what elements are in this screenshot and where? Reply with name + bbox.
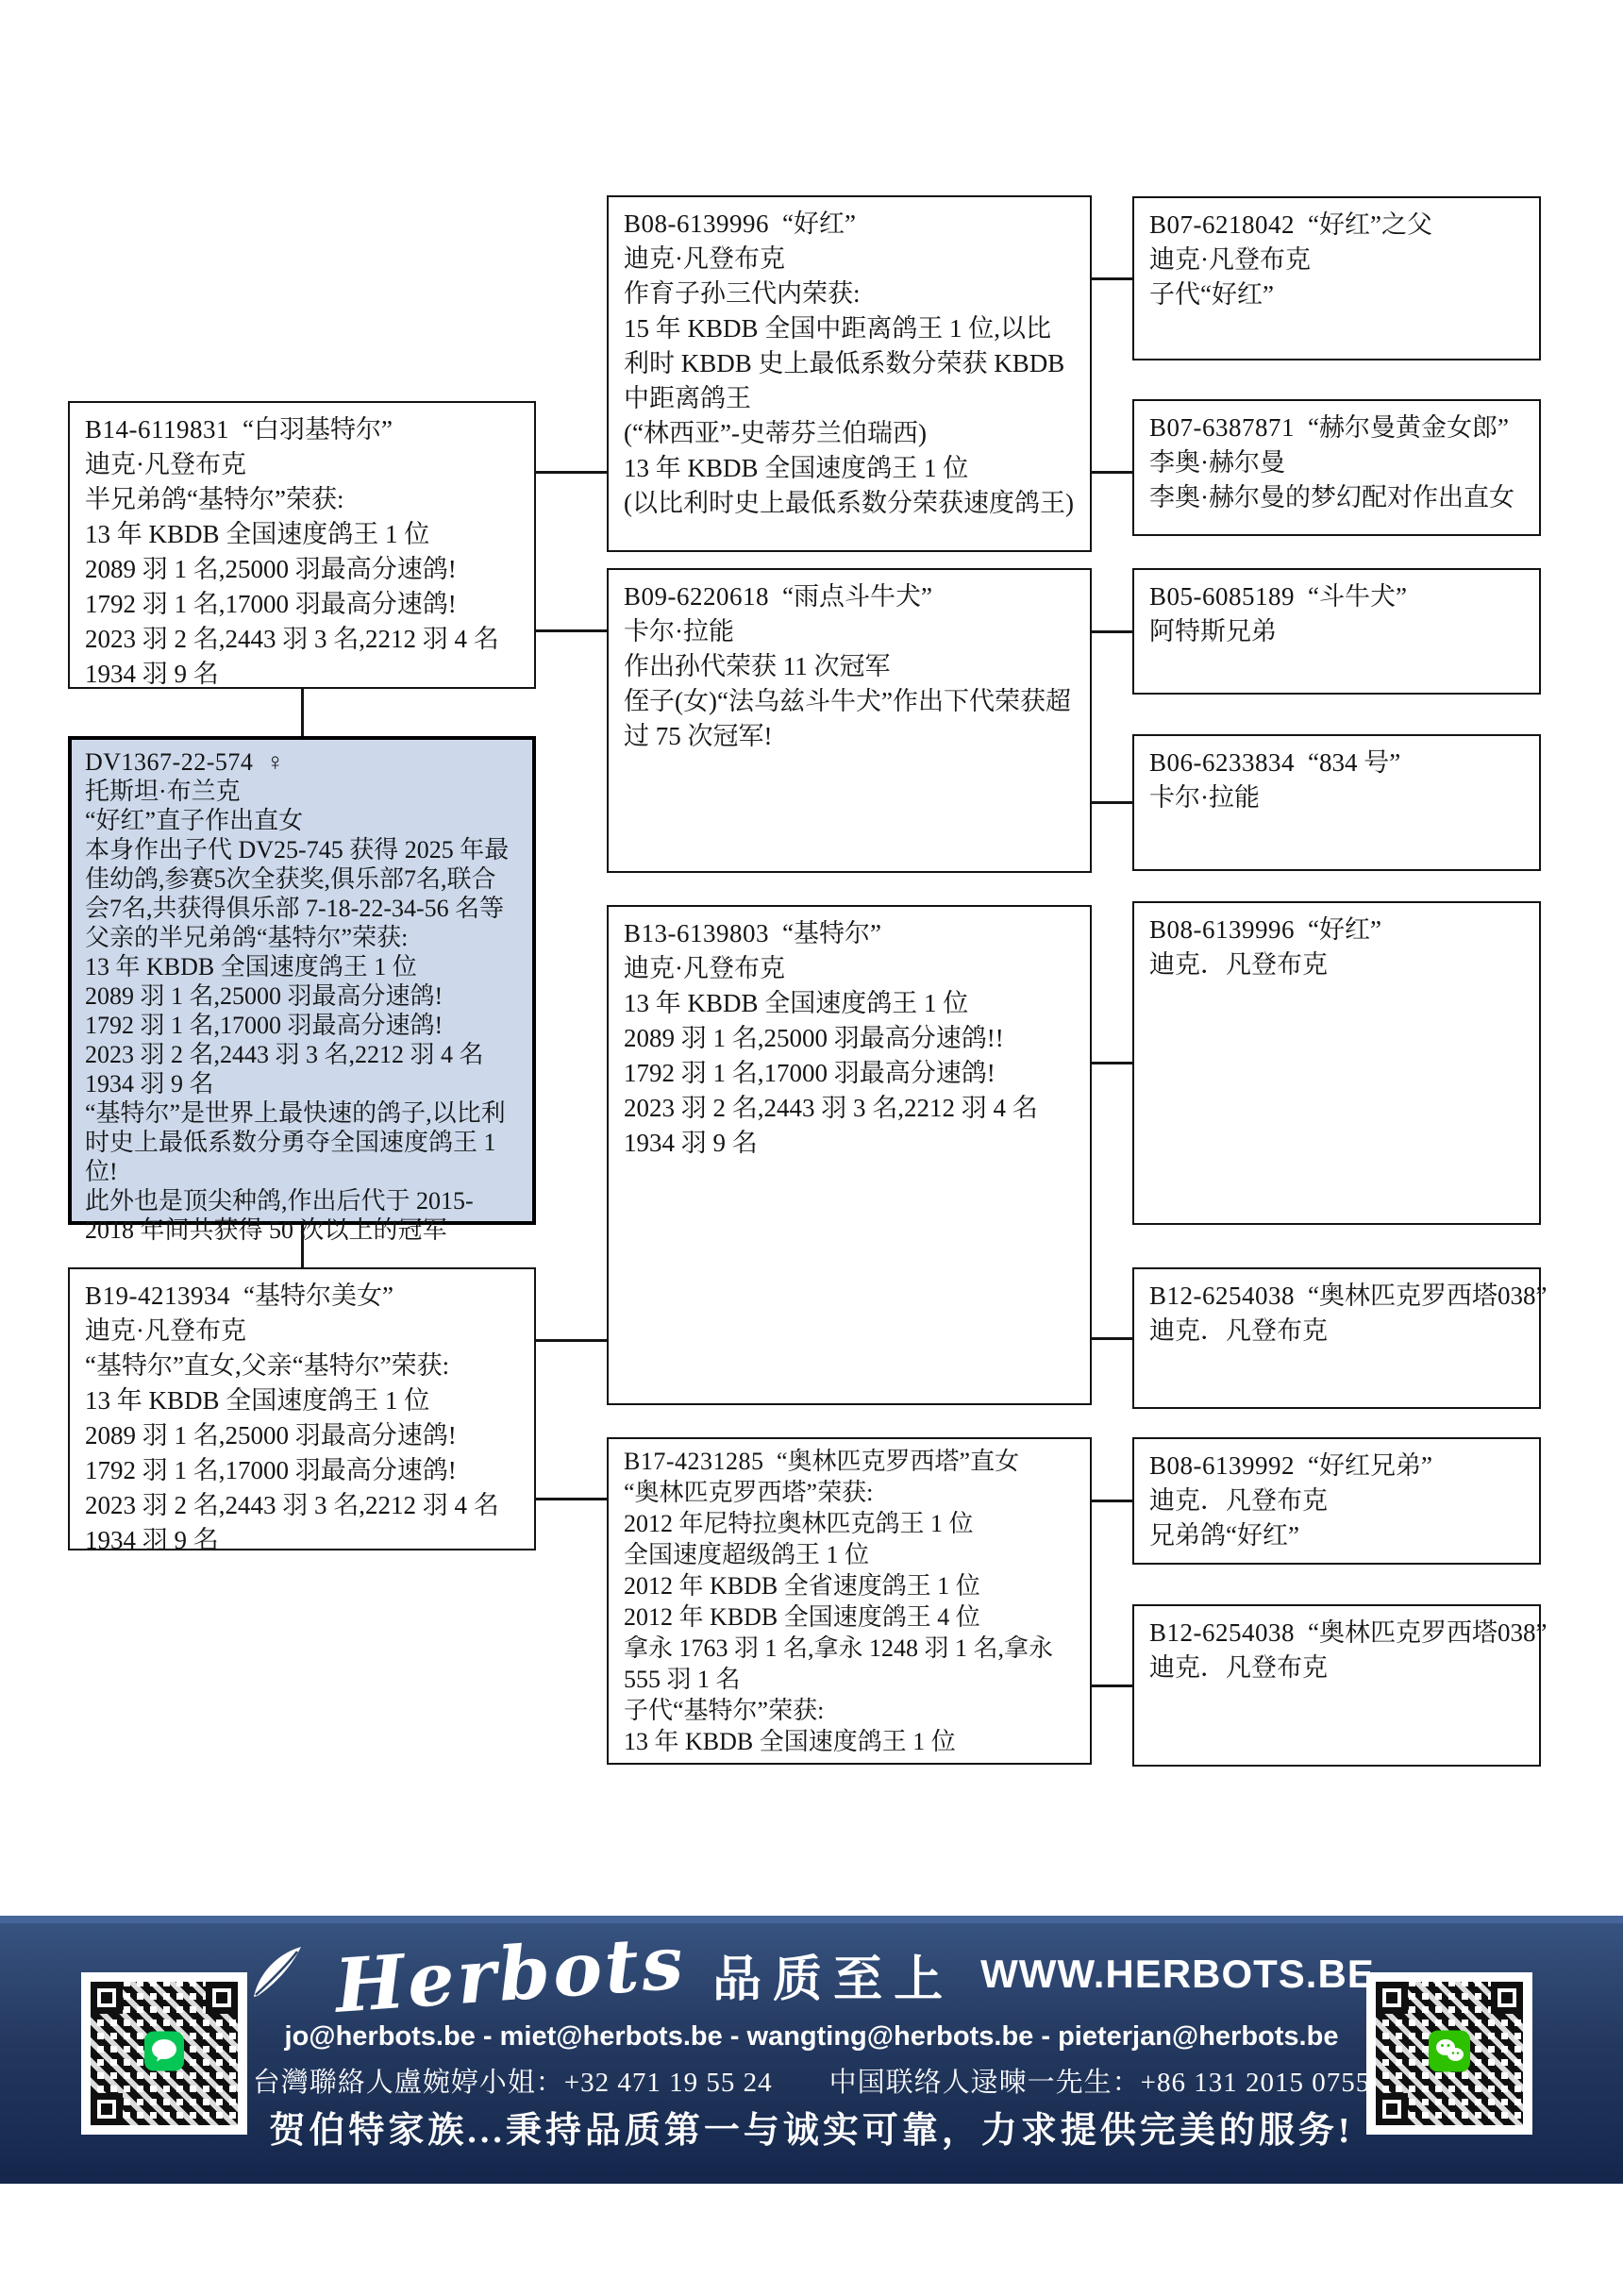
pedigree-line: 李奥·赫尔曼的梦幻配对作出直女	[1149, 480, 1524, 515]
pigeon-name: “好红”	[782, 209, 856, 238]
ring-number: B05-6085189	[1149, 582, 1308, 611]
pedigree-line: 子代“好红”	[1149, 277, 1524, 312]
pedigree-line: 1792 羽 1 名,17000 羽最高分速鸽!	[624, 1056, 1075, 1091]
pigeon-name: ♀	[266, 748, 285, 776]
ring-number: B12-6254038	[1149, 1618, 1308, 1647]
connector-horizontal	[1092, 1337, 1132, 1340]
pedigree-line: 兄弟鸽“好红”	[1149, 1518, 1524, 1553]
connector-horizontal	[536, 629, 607, 632]
ring-number: B09-6220618	[624, 582, 782, 611]
connector-horizontal	[1092, 1684, 1132, 1687]
connector-horizontal	[1092, 630, 1132, 633]
qr-finder	[91, 1982, 123, 2014]
pedigree-line: “好红”直子作出直女	[85, 806, 519, 835]
pigeon-header: B09-6220618 “雨点斗牛犬”	[624, 579, 1075, 614]
qr-code-line	[81, 1972, 247, 2135]
feather-icon	[248, 1942, 309, 2007]
pedigree-line: 13 年 KBDB 全国速度鸽王 1 位	[85, 517, 519, 552]
ring-number: B19-4213934	[85, 1282, 243, 1310]
connector-horizontal	[536, 1498, 607, 1500]
pedigree-line: 阿特斯兄弟	[1149, 614, 1524, 649]
pedigree-line: 1792 羽 1 名,17000 羽最高分速鸽!	[85, 1011, 519, 1040]
pedigree-line: 13 年 KBDB 全国速度鸽王 1 位	[624, 1726, 1075, 1757]
pedigree-box-b08-6139996-sire: B08-6139996 “好红”迪克·凡登布克作育子孙三代内荣获:15 年 KB…	[607, 195, 1092, 552]
pigeon-header: DV1367-22-574 ♀	[85, 747, 519, 777]
pigeon-header: B08-6139992 “好红兄弟”	[1149, 1449, 1524, 1483]
pigeon-header: B07-6218042 “好红”之父	[1149, 208, 1524, 243]
pedigree-box-dv1367-22-574: DV1367-22-574 ♀托斯坦·布兰克“好红”直子作出直女本身作出子代 D…	[68, 736, 536, 1225]
pedigree-line: 侄子(女)“法乌兹斗牛犬”作出下代荣获超过 75 次冠军!	[624, 684, 1075, 754]
pedigree-line: 2023 羽 2 名,2443 羽 3 名,2212 羽 4 名	[85, 1040, 519, 1069]
pigeon-header: B12-6254038 “奥林匹克罗西塔038”	[1149, 1279, 1524, 1314]
pigeon-name: “斗牛犬”	[1308, 582, 1407, 611]
pedigree-box-b19-4213934: B19-4213934 “基特尔美女”迪克·凡登布克“基特尔”直女,父亲“基特尔…	[68, 1267, 536, 1550]
pedigree-line: 2012 年尼特拉奥林匹克鸽王 1 位	[624, 1508, 1075, 1539]
pigeon-header: B05-6085189 “斗牛犬”	[1149, 579, 1524, 614]
pedigree-line: 13 年 KBDB 全国速度鸽王 1 位	[624, 451, 1075, 486]
pigeon-header: B12-6254038 “奥林匹克罗西塔038”	[1149, 1616, 1524, 1651]
pedigree-line: 迪克．凡登布克	[1149, 1651, 1524, 1685]
pedigree-box-b12-6254038-a: B12-6254038 “奥林匹克罗西塔038”迪克．凡登布克	[1132, 1267, 1541, 1409]
pedigree-line: 迪克．凡登布克	[1149, 1314, 1524, 1349]
pedigree-line: 2023 羽 2 名,2443 羽 3 名,2212 羽 4 名	[624, 1091, 1075, 1126]
pigeon-name: “奥林匹克罗西塔038”	[1308, 1618, 1547, 1647]
wechat-icon	[1429, 2031, 1470, 2077]
pigeon-name: “雨点斗牛犬”	[782, 582, 932, 611]
pedigree-line: “基特尔”是世界上最快速的鸽子,以比利时史上最低系数分勇夺全国速度鸽王 1 位!	[85, 1098, 519, 1186]
pedigree-line: 1792 羽 1 名,17000 羽最高分速鸽!	[85, 587, 519, 622]
pedigree-line: 迪克·凡登布克	[85, 447, 519, 482]
pedigree-line: 1934 羽 9 名	[85, 1523, 519, 1558]
pigeon-header: B06-6233834 “834 号”	[1149, 746, 1524, 780]
connector-vertical	[301, 689, 304, 736]
pedigree-line: 迪克．凡登布克	[1149, 947, 1524, 982]
connector-horizontal	[1092, 1500, 1132, 1502]
pedigree-line: 2012 年 KBDB 全省速度鸽王 1 位	[624, 1570, 1075, 1601]
footer-banner: Herbots 品质至上 WWW.HERBOTS.BE jo@herbots.b…	[0, 1923, 1623, 2184]
pedigree-line: 托斯坦·布兰克	[85, 777, 519, 806]
pedigree-line: 全国速度超级鸽王 1 位	[624, 1539, 1075, 1570]
pedigree-line: 2023 羽 2 名,2443 羽 3 名,2212 羽 4 名	[85, 622, 519, 657]
pedigree-line: 2012 年 KBDB 全国速度鸽王 4 位	[624, 1601, 1075, 1633]
brand-logo: Herbots	[332, 1919, 688, 2030]
pedigree-line: 李奥·赫尔曼	[1149, 445, 1524, 480]
pedigree-box-b12-6254038-b: B12-6254038 “奥林匹克罗西塔038”迪克．凡登布克	[1132, 1604, 1541, 1767]
pedigree-line: 13 年 KBDB 全国速度鸽王 1 位	[85, 952, 519, 981]
qr-finder	[1491, 1982, 1523, 2014]
pedigree-box-b05-6085189: B05-6085189 “斗牛犬”阿特斯兄弟	[1132, 568, 1541, 695]
pigeon-header: B08-6139996 “好红”	[1149, 913, 1524, 947]
pigeon-header: B19-4213934 “基特尔美女”	[85, 1279, 519, 1314]
connector-horizontal	[536, 471, 607, 474]
qr-code-wechat	[1366, 1972, 1532, 2135]
connector-vertical	[301, 1225, 304, 1267]
pigeon-name: “834 号”	[1308, 748, 1400, 777]
pedigree-line: 迪克·凡登布克	[85, 1314, 519, 1349]
pigeon-header: B17-4231285 “奥林匹克罗西塔”直女	[624, 1446, 1075, 1477]
qr-finder	[1376, 1982, 1408, 2014]
pedigree-line: (“林西亚”-史蒂芬兰伯瑞西)	[624, 416, 1075, 451]
pedigree-line: 2023 羽 2 名,2443 羽 3 名,2212 羽 4 名	[85, 1488, 519, 1523]
pedigree-line: 迪克．凡登布克	[1149, 1483, 1524, 1518]
connector-horizontal	[1092, 277, 1132, 280]
ring-number: DV1367-22-574	[85, 748, 266, 776]
pedigree-line: “奥林匹克罗西塔”荣获:	[624, 1477, 1075, 1508]
ring-number: B17-4231285	[624, 1448, 777, 1475]
qr-pattern	[1376, 1982, 1523, 2125]
pedigree-line: 拿永 1763 羽 1 名,拿永 1248 羽 1 名,拿永 555 羽 1 名	[624, 1633, 1075, 1695]
pedigree-box-b08-6139992: B08-6139992 “好红兄弟”迪克．凡登布克兄弟鸽“好红”	[1132, 1437, 1541, 1565]
pedigree-line: 2089 羽 1 名,25000 羽最高分速鸽!!	[624, 1021, 1075, 1056]
pedigree-line: 1934 羽 9 名	[85, 1069, 519, 1098]
pedigree-line: 迪克·凡登布克	[624, 951, 1075, 986]
pedigree-box-b07-6218042: B07-6218042 “好红”之父迪克·凡登布克子代“好红”	[1132, 196, 1541, 360]
pedigree-box-b17-4231285: B17-4231285 “奥林匹克罗西塔”直女“奥林匹克罗西塔”荣获:2012 …	[607, 1437, 1092, 1765]
line-icon	[144, 2032, 184, 2076]
pedigree-line: 迪克·凡登布克	[1149, 243, 1524, 277]
pedigree-box-b06-6233834: B06-6233834 “834 号”卡尔·拉能	[1132, 734, 1541, 871]
pigeon-name: “奥林匹克罗西塔”直女	[777, 1448, 1019, 1475]
qr-pattern	[91, 1982, 238, 2125]
pedigree-line: 15 年 KBDB 全国中距离鸽王 1 位,以比利时 KBDB 史上最低系数分荣…	[624, 311, 1075, 416]
pedigree-line: 迪克·凡登布克	[624, 242, 1075, 277]
pedigree-line: 1934 羽 9 名	[624, 1126, 1075, 1161]
pedigree-page: B14-6119831 “白羽基特尔”迪克·凡登布克半兄弟鸽“基特尔”荣获:13…	[0, 0, 1623, 2296]
pedigree-line: 半兄弟鸽“基特尔”荣获:	[85, 482, 519, 517]
pedigree-line: 1934 羽 9 名	[85, 657, 519, 692]
brand-slogan-cn: 品质至上	[712, 1939, 954, 2010]
pedigree-line: 卡尔·拉能	[624, 614, 1075, 649]
pedigree-line: 作育子孙三代内荣获:	[624, 277, 1075, 311]
pedigree-line: (以比利时史上最低系数分荣获速度鸽王)	[624, 486, 1075, 521]
pedigree-line: 卡尔·拉能	[1149, 780, 1524, 815]
pedigree-line: 13 年 KBDB 全国速度鸽王 1 位	[85, 1383, 519, 1418]
pigeon-name: “基特尔”	[782, 919, 881, 947]
qr-finder	[206, 1982, 238, 2014]
ring-number: B14-6119831	[85, 415, 243, 444]
pedigree-line: 2089 羽 1 名,25000 羽最高分速鸽!	[85, 981, 519, 1011]
pedigree-box-b07-6387871: B07-6387871 “赫尔曼黄金女郎”李奥·赫尔曼李奥·赫尔曼的梦幻配对作出…	[1132, 399, 1541, 536]
ring-number: B06-6233834	[1149, 748, 1308, 777]
pigeon-header: B08-6139996 “好红”	[624, 207, 1075, 242]
connector-horizontal	[1092, 471, 1132, 474]
pigeon-name: “奥林匹克罗西塔038”	[1308, 1282, 1547, 1310]
pedigree-line: “基特尔”直女,父亲“基特尔”荣获:	[85, 1349, 519, 1383]
pedigree-line: 13 年 KBDB 全国速度鸽王 1 位	[624, 986, 1075, 1021]
footer-accent-line	[0, 1916, 1623, 1923]
connector-horizontal	[1092, 801, 1132, 804]
pedigree-line: 2089 羽 1 名,25000 羽最高分速鸽!	[85, 1418, 519, 1453]
pedigree-line: 本身作出子代 DV25-745 获得 2025 年最佳幼鸽,参赛5次全获奖,俱乐…	[85, 835, 519, 923]
connector-horizontal	[536, 1339, 607, 1342]
pedigree-line: 1792 羽 1 名,17000 羽最高分速鸽!	[85, 1453, 519, 1488]
qr-finder	[91, 2093, 123, 2125]
website-url: WWW.HERBOTS.BE	[980, 1952, 1375, 1997]
pigeon-header: B14-6119831 “白羽基特尔”	[85, 412, 519, 447]
ring-number: B08-6139996	[624, 209, 782, 238]
connector-horizontal	[1092, 1062, 1132, 1064]
ring-number: B08-6139996	[1149, 915, 1308, 944]
ring-number: B07-6218042	[1149, 210, 1308, 239]
pigeon-name: “好红”	[1308, 915, 1381, 944]
pigeon-header: B07-6387871 “赫尔曼黄金女郎”	[1149, 411, 1524, 445]
ring-number: B08-6139992	[1149, 1451, 1308, 1480]
pedigree-box-b08-6139996-gsire: B08-6139996 “好红”迪克．凡登布克	[1132, 901, 1541, 1225]
pedigree-line: 作出孙代荣获 11 次冠军	[624, 649, 1075, 684]
ring-number: B07-6387871	[1149, 413, 1308, 442]
pigeon-name: “基特尔美女”	[243, 1282, 393, 1310]
pedigree-box-b14-6119831: B14-6119831 “白羽基特尔”迪克·凡登布克半兄弟鸽“基特尔”荣获:13…	[68, 401, 536, 689]
pedigree-line: 2089 羽 1 名,25000 羽最高分速鸽!	[85, 552, 519, 587]
pedigree-box-b13-6139803: B13-6139803 “基特尔”迪克·凡登布克13 年 KBDB 全国速度鸽王…	[607, 905, 1092, 1405]
pigeon-name: “好红兄弟”	[1308, 1451, 1432, 1480]
pigeon-name: “赫尔曼黄金女郎”	[1308, 413, 1509, 442]
pedigree-line: 父亲的半兄弟鸽“基特尔”荣获:	[85, 923, 519, 952]
pigeon-name: “白羽基特尔”	[243, 415, 393, 444]
pedigree-line: 子代“基特尔”荣获:	[624, 1695, 1075, 1726]
ring-number: B13-6139803	[624, 919, 782, 947]
ring-number: B12-6254038	[1149, 1282, 1308, 1310]
pedigree-box-b09-6220618: B09-6220618 “雨点斗牛犬”卡尔·拉能作出孙代荣获 11 次冠军侄子(…	[607, 568, 1092, 873]
pigeon-name: “好红”之父	[1308, 210, 1432, 239]
pigeon-header: B13-6139803 “基特尔”	[624, 916, 1075, 951]
qr-finder	[1376, 2093, 1408, 2125]
